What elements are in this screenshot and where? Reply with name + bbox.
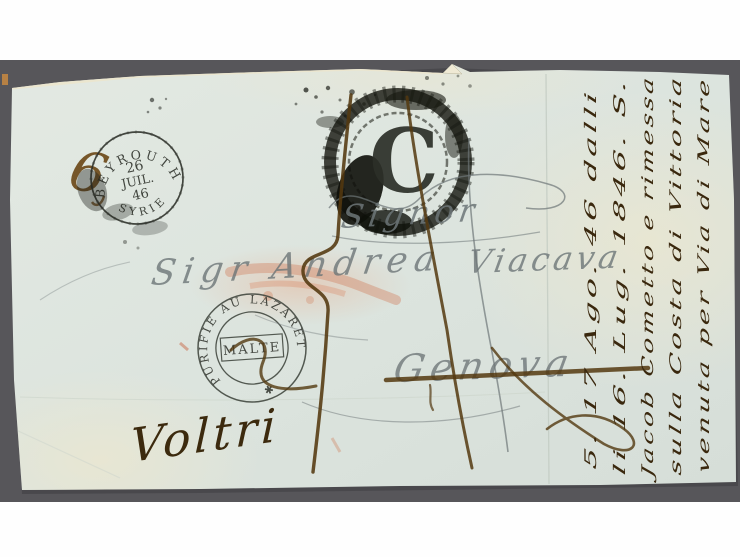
address-line-surname: Viacava	[465, 238, 626, 281]
docket-line-1: 5. 17 Ago. 46 dalli	[581, 86, 600, 471]
docket-line-3: Jacob Cometto e rimessa	[638, 72, 657, 483]
backdrop-speck	[2, 74, 8, 85]
docket-line-2: li 16. Lug. 1846. S.	[610, 74, 629, 477]
docket-line-5: venuta per Via di Mare	[694, 74, 713, 475]
crossed-destination: Genova	[390, 341, 578, 392]
photo-of-postal-cover: 6 BEYROUTH SYRIE 26 JUIL. 46 C	[0, 0, 740, 557]
docket-line-4: sulla Costa di Vittoria	[666, 72, 685, 477]
cover-scene: 6 BEYROUTH SYRIE 26 JUIL. 46 C	[0, 0, 740, 557]
